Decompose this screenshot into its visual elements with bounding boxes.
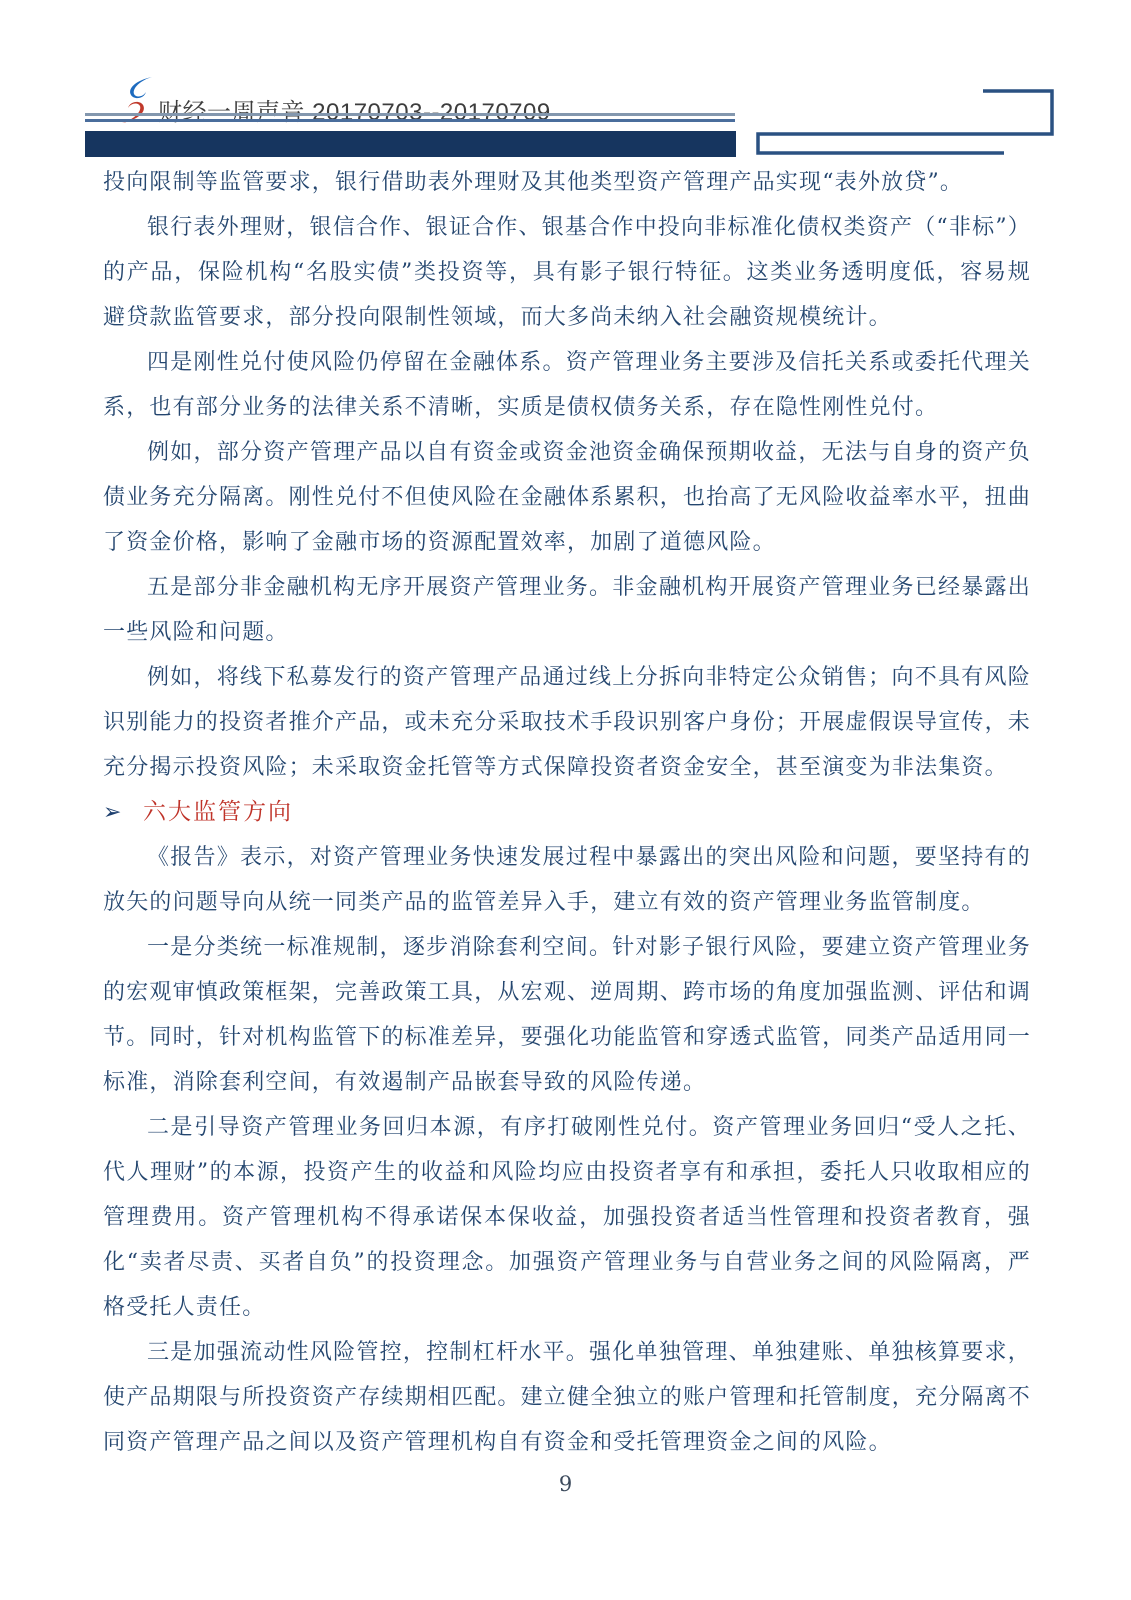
- paragraph: 投向限制等监管要求，银行借助表外理财及其他类型资产管理产品实现“表外放贷”。: [103, 160, 1031, 205]
- body-content: 投向限制等监管要求，银行借助表外理财及其他类型资产管理产品实现“表外放贷”。 银…: [103, 160, 1031, 1465]
- paragraph: 三是加强流动性风险管控，控制杠杆水平。强化单独管理、单独建账、单独核算要求，使产…: [103, 1330, 1031, 1465]
- paragraph: 银行表外理财，银信合作、银证合作、银基合作中投向非标准化债权类资产（“非标”）的…: [103, 205, 1031, 340]
- document-page: 财经一周声音 20170703--20170709 投向限制等监管要求，银行借助…: [0, 0, 1131, 1600]
- page-number: 9: [0, 1472, 1131, 1496]
- paragraph: 例如，部分资产管理产品以自有资金或资金池资金确保预期收益，无法与自身的资产负债业…: [103, 430, 1031, 565]
- paragraph: 四是刚性兑付使风险仍停留在金融体系。资产管理业务主要涉及信托关系或委托代理关系，…: [103, 340, 1031, 430]
- section-heading-label: 六大监管方向: [143, 790, 293, 835]
- paragraph: 一是分类统一标准规制，逐步消除套利空间。针对影子银行风险，要建立资产管理业务的宏…: [103, 925, 1031, 1105]
- section-heading: ➢ 六大监管方向: [103, 790, 1031, 835]
- paragraph: 例如，将线下私募发行的资产管理产品通过线上分拆向非特定公众销售；向不具有风险识别…: [103, 655, 1031, 790]
- paragraph: 五是部分非金融机构无序开展资产管理业务。非金融机构开展资产管理业务已经暴露出一些…: [103, 565, 1031, 655]
- paragraph: 二是引导资产管理业务回归本源，有序打破刚性兑付。资产管理业务回归“受人之托、代人…: [103, 1105, 1031, 1330]
- paragraph: 《报告》表示，对资产管理业务快速发展过程中暴露出的突出风险和问题，要坚持有的放矢…: [103, 835, 1031, 925]
- arrow-bullet-icon: ➢: [103, 790, 143, 835]
